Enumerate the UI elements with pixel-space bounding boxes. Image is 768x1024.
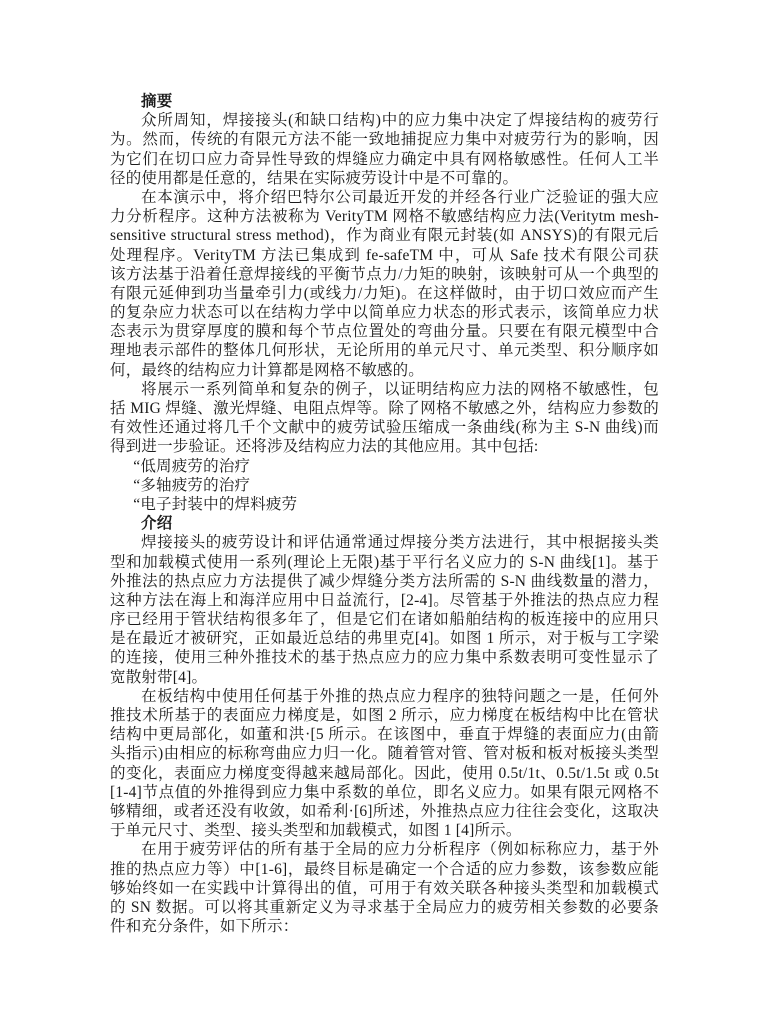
text-line: 结构中更局部化，如董和洪·[5 所示。在该图中，垂直于焊缝的表面应力(由箭 xyxy=(110,725,659,744)
text-line: 序已经用于管状结构很多年了，但是它们在诸如船舶结构的板连接中的应用只 xyxy=(110,610,659,629)
text-line: 将展示一系列简单和复杂的例子，以证明结构应力法的网格不敏感性，包 xyxy=(110,380,659,399)
text-line: 众所周知，焊接接头(和缺口结构)中的应力集中决定了焊接结构的疲劳行 xyxy=(110,111,659,130)
text-line: 径的使用都是任意的，结果在实际疲劳设计中是不可靠的。 xyxy=(110,169,659,188)
document-page: 摘要 众所周知，焊接接头(和缺口结构)中的应力集中决定了焊接结构的疲劳行 为。然… xyxy=(0,0,768,1024)
text-line: 的变化，表面应力梯度变得越来越局部化。因此，使用 0.5t/1t、0.5t/1.… xyxy=(110,764,659,783)
text-line: 处理程序。VerityTM 方法已集成到 fe-safeTM 中，可从 Safe… xyxy=(110,246,659,265)
text-line: [1-4]节点值的外推得到应力集中系数的单位，即名义应力。如果有限元网格不 xyxy=(110,783,659,802)
text-line: 态表示为贯穿厚度的膜和每个节点位置处的弯曲分量。只要在有限元模型中合 xyxy=(110,322,659,341)
text-line: 何，最终的结构应力计算都是网格不敏感的。 xyxy=(110,361,659,380)
text-line: 为它们在切口应力奇异性导致的焊缝应力确定中具有网格敏感性。任何人工半 xyxy=(110,150,659,169)
text-line: 括 MIG 焊缝、激光焊缝、电阻点焊等。除了网格不敏感之外，结构应力参数的 xyxy=(110,399,659,418)
introduction-heading: 介绍 xyxy=(110,514,659,533)
text-line: 宽散射带[4]。 xyxy=(110,668,659,687)
text-line: 够始终如一在实践中计算得出的值，可用于有效关联各种接头类型和加载模式 xyxy=(110,879,659,898)
text-line: 是在最近才被研究，正如最近总结的弗里克[4]。如图 1 所示，对于板与工字梁 xyxy=(110,629,659,648)
text-line: 在本演示中，将介绍巴特尔公司最近开发的并经各行业广泛验证的强大应 xyxy=(110,188,659,207)
text-line: 有效性还通过将几千个文献中的疲劳试验压缩成一条曲线(称为主 S-N 曲线)而 xyxy=(110,418,659,437)
text-line: 头指示)由相应的标称弯曲应力归一化。随着管对管、管对板和板对板接头类型 xyxy=(110,744,659,763)
text-line: 推技术所基于的表面应力梯度是，如图 2 所示，应力梯度在板结构中比在管状 xyxy=(110,706,659,725)
abstract-heading: 摘要 xyxy=(110,92,659,111)
text-line: 于单元尺寸、类型、接头类型和加载模式，如图 1 [4]所示。 xyxy=(110,821,659,840)
text-line: 在板结构中使用任何基于外推的热点应力程序的独特问题之一是，任何外 xyxy=(110,687,659,706)
bullet-item: “多轴疲劳的治疗 xyxy=(110,476,659,495)
text-line: 的连接，使用三种外推技术的基于热点应力的应力集中系数表明可变性显示了 xyxy=(110,648,659,667)
text-line: 推的热点应力等）中[1-6]，最终目标是确定一个合适的应力参数，该参数应能 xyxy=(110,860,659,879)
text-line: 为。然而，传统的有限元方法不能一致地捕捉应力集中对疲劳行为的影响，因 xyxy=(110,130,659,149)
text-line: 得到进一步验证。还将涉及结构应力法的其他应用。其中包括: xyxy=(110,437,659,456)
text-line: sensitive structural stress method)，作为商业… xyxy=(110,226,659,245)
text-line: 理地表示部件的整体几何形状，无论所用的单元尺寸、单元类型、积分顺序如 xyxy=(110,341,659,360)
text-line: 有限元延伸到功当量牵引力(或线力/力矩)。在这样做时，由于切口效应而产生 xyxy=(110,284,659,303)
text-line: 这种方法在海上和海洋应用中日益流行，[2-4]。尽管基于外推法的热点应力程 xyxy=(110,591,659,610)
text-line: 的复杂应力状态可以在结构力学中以简单应力状态的形式表示，该简单应力状 xyxy=(110,303,659,322)
text-line: 够精细，或者还没有收敛，如希利·[6]所述，外推热点应力往往会变化，这取决 xyxy=(110,802,659,821)
text-line: 焊接接头的疲劳设计和评估通常通过焊接分类方法进行，其中根据接头类 xyxy=(110,533,659,552)
bullet-item: “低周疲劳的治疗 xyxy=(110,457,659,476)
text-line: 该方法基于沿着任意焊接线的平衡节点力/力矩的映射，该映射可从一个典型的 xyxy=(110,265,659,284)
text-line: 型和加载模式使用一系列(理论上无限)基于平行名义应力的 S-N 曲线[1]。基于 xyxy=(110,553,659,572)
text-line: 力分析程序。这种方法被称为 VerityTM 网格不敏感结构应力法(Verity… xyxy=(110,207,659,226)
bullet-item: “电子封装中的焊料疲劳 xyxy=(110,495,659,514)
text-line: 的 SN 数据。可以将其重新定义为寻求基于全局应力的疲劳相关参数的必要条 xyxy=(110,898,659,917)
text-line: 在用于疲劳评估的所有基于全局的应力分析程序（例如标称应力，基于外 xyxy=(110,840,659,859)
document-text-block: 摘要 众所周知，焊接接头(和缺口结构)中的应力集中决定了焊接结构的疲劳行 为。然… xyxy=(110,92,659,936)
text-line: 外推法的热点应力方法提供了减少焊缝分类方法所需的 S-N 曲线数量的潜力， xyxy=(110,572,659,591)
text-line: 件和充分条件，如下所示： xyxy=(110,917,659,936)
